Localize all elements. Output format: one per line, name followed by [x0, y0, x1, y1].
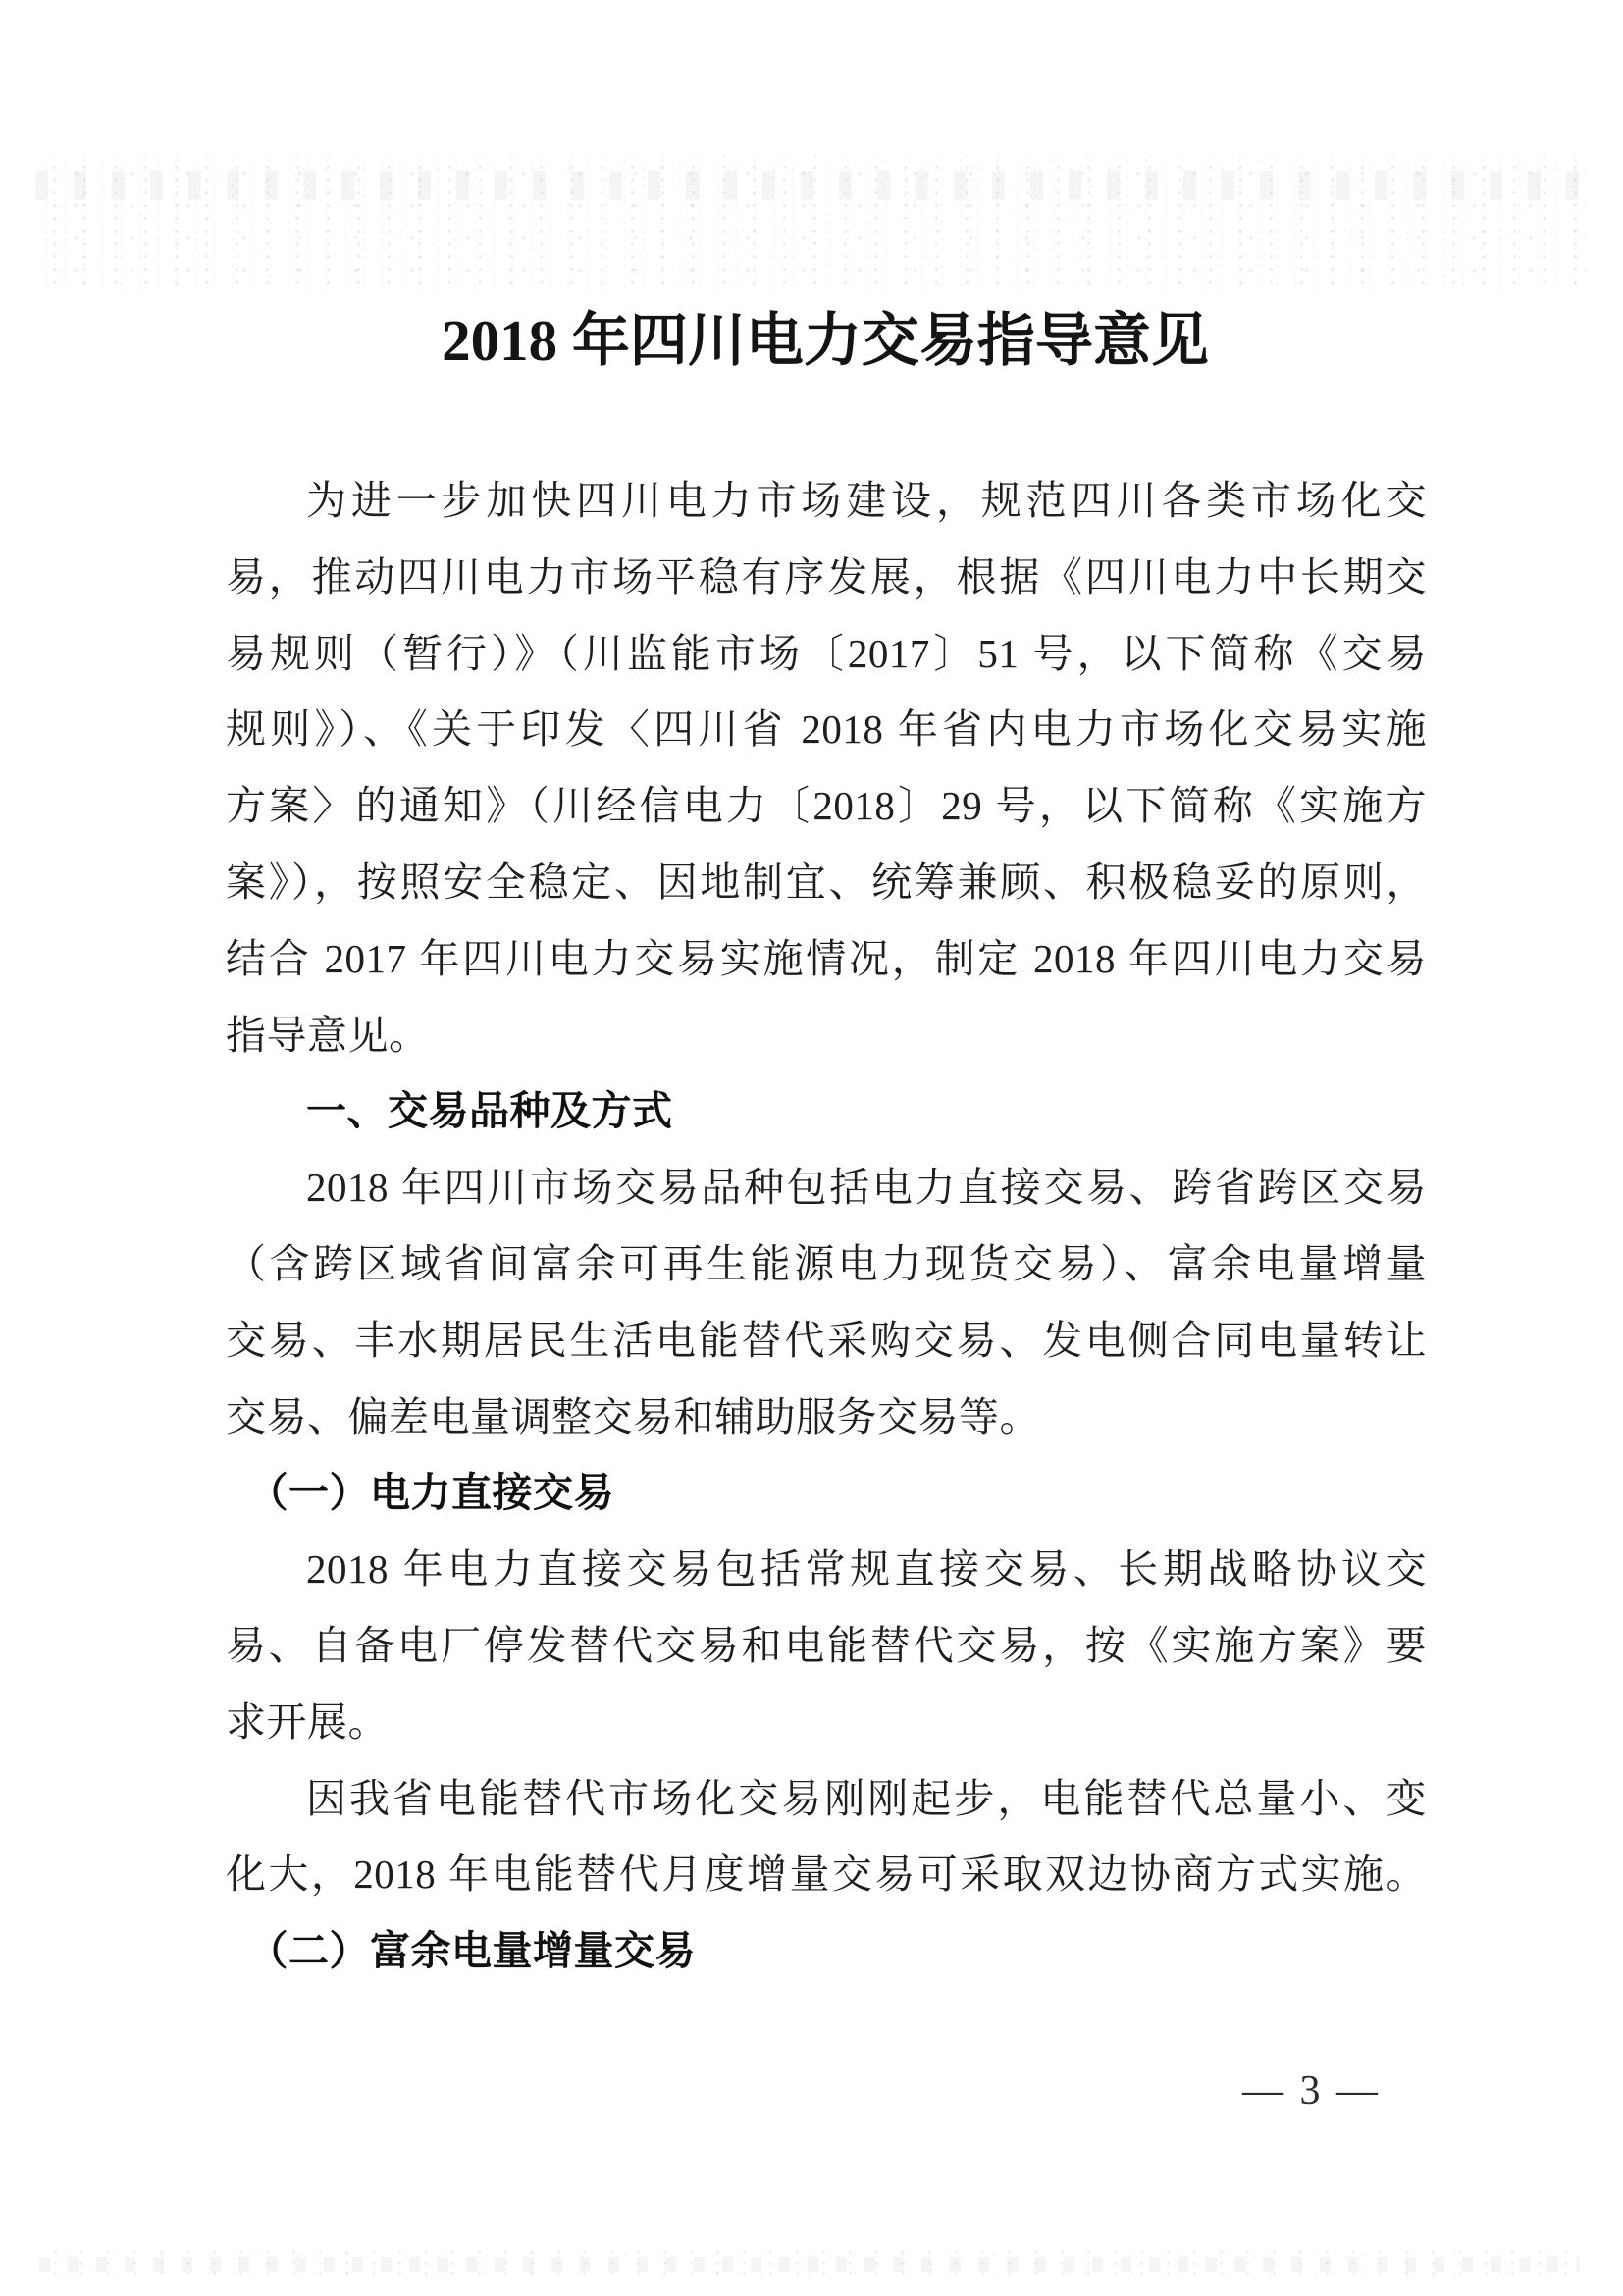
paragraph-line: 2018 年电力直接交易包括常规直接交易、长期战略协议交 — [226, 1532, 1427, 1608]
paragraph-line: 为进一步加快四川电力市场建设，规范四川各类市场化交 — [226, 463, 1427, 540]
paragraph-line: （含跨区域省间富余可再生能源电力现货交易）、富余电量增量 — [226, 1226, 1427, 1303]
paragraph-line: 易，推动四川电力市场平稳有序发展，根据《四川电力中长期交 — [226, 540, 1427, 616]
scan-noise-top — [35, 155, 1586, 292]
paragraph-line: 方案〉的通知》（川经信电力〔2018〕29 号，以下简称《实施方 — [226, 768, 1427, 845]
page-number: — 3 — — [1242, 2061, 1381, 2121]
paragraph-line: 2018 年四川市场交易品种包括电力直接交易、跨省跨区交易 — [226, 1150, 1427, 1226]
paragraph-line: 案》），按照安全稳定、因地制宜、统筹兼顾、积极稳妥的原则， — [226, 845, 1427, 921]
paragraph-line: 结合 2017 年四川电力交易实施情况，制定 2018 年四川电力交易 — [226, 921, 1427, 998]
document-title: 2018 年四川电力交易指导意见 — [14, 300, 1623, 381]
paragraph-line: 因我省电能替代市场化交易刚刚起步，电能替代总量小、变 — [226, 1761, 1427, 1838]
paragraph-line: 规则》）、《关于印发〈四川省 2018 年省内电力市场化交易实施 — [226, 692, 1427, 768]
paragraph-line: 化大，2018 年电能替代月度增量交易可采取双边协商方式实施。 — [226, 1837, 1427, 1913]
section-heading: 一、交易品种及方式 — [226, 1073, 1427, 1150]
paragraph-line: 交易、丰水期居民生活电能替代采购交易、发电侧合同电量转让 — [226, 1303, 1427, 1380]
paragraph-line: 求开展。 — [226, 1685, 1427, 1761]
paragraph-line: 易、自备电厂停发替代交易和电能替代交易，按《实施方案》要 — [226, 1608, 1427, 1685]
section-heading: （一）电力直接交易 — [226, 1455, 1427, 1532]
document-body: 为进一步加快四川电力市场建设，规范四川各类市场化交易，推动四川电力市场平稳有序发… — [226, 463, 1427, 1990]
paragraph-line: 易规则（暂行）》（川监能市场〔2017〕51 号，以下简称《交易 — [226, 616, 1427, 693]
paragraph-line: 交易、偏差电量调整交易和辅助服务交易等。 — [226, 1380, 1427, 1456]
document-page: 2018 年四川电力交易指导意见 为进一步加快四川电力市场建设，规范四川各类市场… — [0, 0, 1623, 2296]
section-heading: （二）富余电量增量交易 — [226, 1913, 1427, 1990]
scan-noise-bottom — [39, 2243, 1580, 2282]
paragraph-line: 指导意见。 — [226, 998, 1427, 1074]
